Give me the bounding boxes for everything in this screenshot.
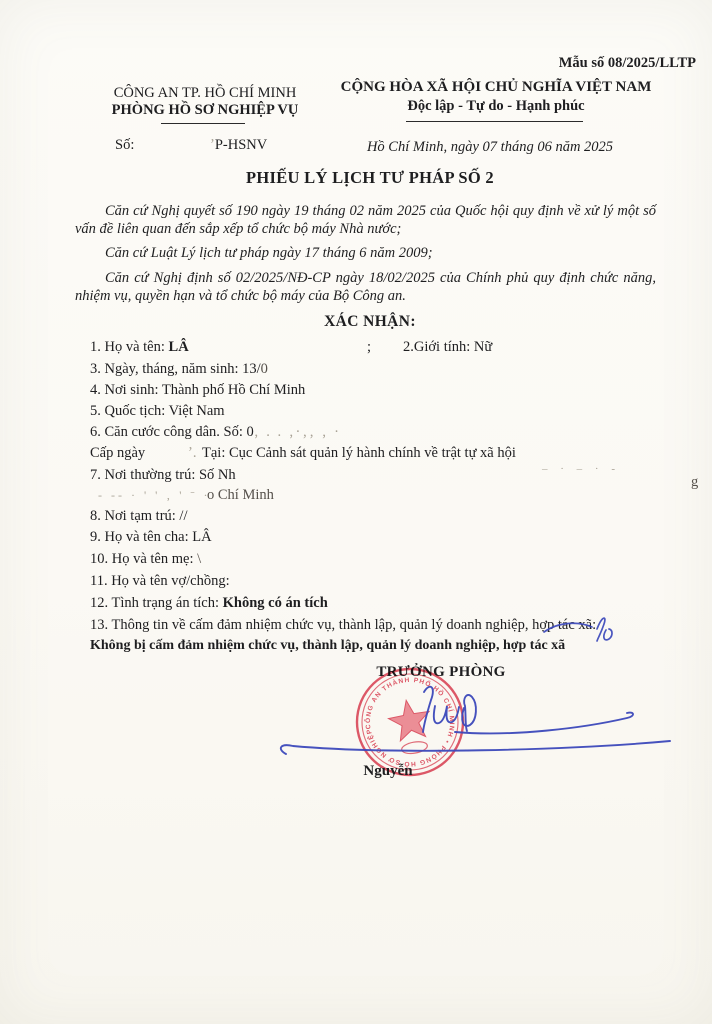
preamble: Căn cứ Nghị quyết số 190 ngày 19 tháng 0…	[75, 203, 656, 312]
handwritten-letter-e-stroke	[604, 629, 612, 640]
national-header: CỘNG HÒA XÃ HỘI CHỦ NGHĨA VIỆT NAM Độc l…	[330, 79, 662, 115]
criminal-status-label: 12. Tình trạng án tích:	[90, 595, 223, 611]
signature-lower-sweep-stroke	[281, 741, 670, 754]
mother-name-label: 10. Họ và tên mẹ:	[90, 551, 197, 567]
full-name-value: LÂ	[169, 339, 189, 355]
doc-number-label: Số:	[115, 137, 134, 154]
national-motto: Độc lập - Tự do - Hạnh phúc	[330, 98, 662, 115]
form-number: Mẫu số 08/2025/LLTP	[559, 55, 696, 72]
criminal-status-value: Không có án tích	[223, 595, 328, 611]
field-id-number: 6. Căn cước công dân. Số: 0‚ . . ‚·‚‚ ‚ …	[90, 423, 668, 441]
preamble-paragraph-3: Căn cứ Nghị định số 02/2025/NĐ-CP ngày 1…	[75, 270, 656, 305]
id-number-erased-digits: ‚ . . ‚·‚‚ ‚ ·	[254, 424, 341, 440]
scanned-document-page: Mẫu số 08/2025/LLTP CÔNG AN TP. HỒ CHÍ M…	[0, 0, 712, 1024]
preamble-paragraph-1: Căn cứ Nghị quyết số 190 ngày 19 tháng 0…	[75, 203, 656, 238]
field-full-name: 1. Họ và tên: LÂ ; 2.Giới tính: Nữ	[90, 338, 668, 356]
field-mother-name: 10. Họ và tên mẹ: \	[90, 550, 668, 568]
field-father-name: 9. Họ và tên cha: LÂ	[90, 528, 668, 546]
header-left-underline	[161, 123, 245, 124]
handwritten-overline-stroke	[544, 623, 592, 632]
redaction-separator: ;	[367, 338, 371, 356]
field-gender: 2.Giới tính: Nữ	[403, 338, 492, 356]
document-title: PHIẾU LÝ LỊCH TƯ PHÁP SỐ 2	[40, 168, 700, 188]
national-title: CỘNG HÒA XÃ HỘI CHỦ NGHĨA VIỆT NAM	[330, 79, 662, 96]
header-right-underline	[406, 121, 583, 122]
signature-loop-uu-stroke	[434, 706, 459, 723]
residence-line2-fragment: o Chí Minh	[207, 486, 274, 504]
residence-label: 7. Nơi thường trú: Số Nh	[90, 467, 236, 483]
agency-name-line2: PHÒNG HỒ SƠ NGHIỆP VỤ	[95, 102, 315, 119]
dob-label: 3. Ngày, tháng, năm sinh:	[90, 361, 242, 377]
field-nationality: 5. Quốc tịch: Việt Nam	[90, 402, 668, 420]
handwritten-initial-mark	[540, 610, 624, 656]
dob-erased-part: 0	[261, 361, 268, 377]
dob-value: 13/	[242, 361, 261, 377]
id-number-label: 6. Căn cước công dân. Số: 0	[90, 424, 254, 440]
preamble-paragraph-2: Căn cứ Luật Lý lịch tư pháp ngày 17 thán…	[75, 245, 656, 263]
issuing-agency-header: CÔNG AN TP. HỒ CHÍ MINH PHÒNG HỒ SƠ NGHI…	[95, 85, 315, 119]
certification-heading: XÁC NHẬN:	[40, 313, 700, 331]
agency-name-line1: CÔNG AN TP. HỒ CHÍ MINH	[95, 85, 315, 102]
doc-number-value: ʼP-HSNV	[210, 137, 267, 154]
mother-name-erased-part: \	[197, 551, 201, 567]
residence-line2-erased-marks: ‐ ‐‐ · ' ' ‚ ' ˉ ·	[98, 486, 210, 504]
signature-loop-l-stroke	[423, 687, 433, 732]
field-permanent-residence: 7. Nơi thường trú: Số Nh – · – · ‐ g	[90, 466, 668, 484]
handwritten-signature	[272, 678, 682, 764]
residence-stray-letter: g	[691, 473, 698, 491]
signature-upper-sweep-stroke	[455, 713, 633, 734]
field-date-of-birth: 3. Ngày, tháng, năm sinh: 13/0	[90, 360, 668, 378]
signer-name: Nguyễn	[330, 763, 446, 780]
issue-date-erased-mark: ʼ.	[188, 444, 196, 462]
field-birthplace: 4. Nơi sinh: Thành phố Hồ Chí Minh	[90, 381, 668, 399]
field-spouse-name: 11. Họ và tên vợ/chồng:	[90, 572, 668, 590]
full-name-label: 1. Họ và tên:	[90, 339, 169, 355]
residence-erased-marks: – · – · ‐	[542, 460, 620, 478]
issue-date-label: Cấp ngày	[90, 445, 145, 461]
issue-place: Tại: Cục Cảnh sát quản lý hành chính về …	[202, 444, 516, 462]
place-and-date: Hồ Chí Minh, ngày 07 tháng 06 năm 2025	[340, 139, 640, 156]
signature-loop-o-stroke	[462, 695, 476, 731]
field-temporary-residence: 8. Nơi tạm trú: //	[90, 507, 668, 525]
